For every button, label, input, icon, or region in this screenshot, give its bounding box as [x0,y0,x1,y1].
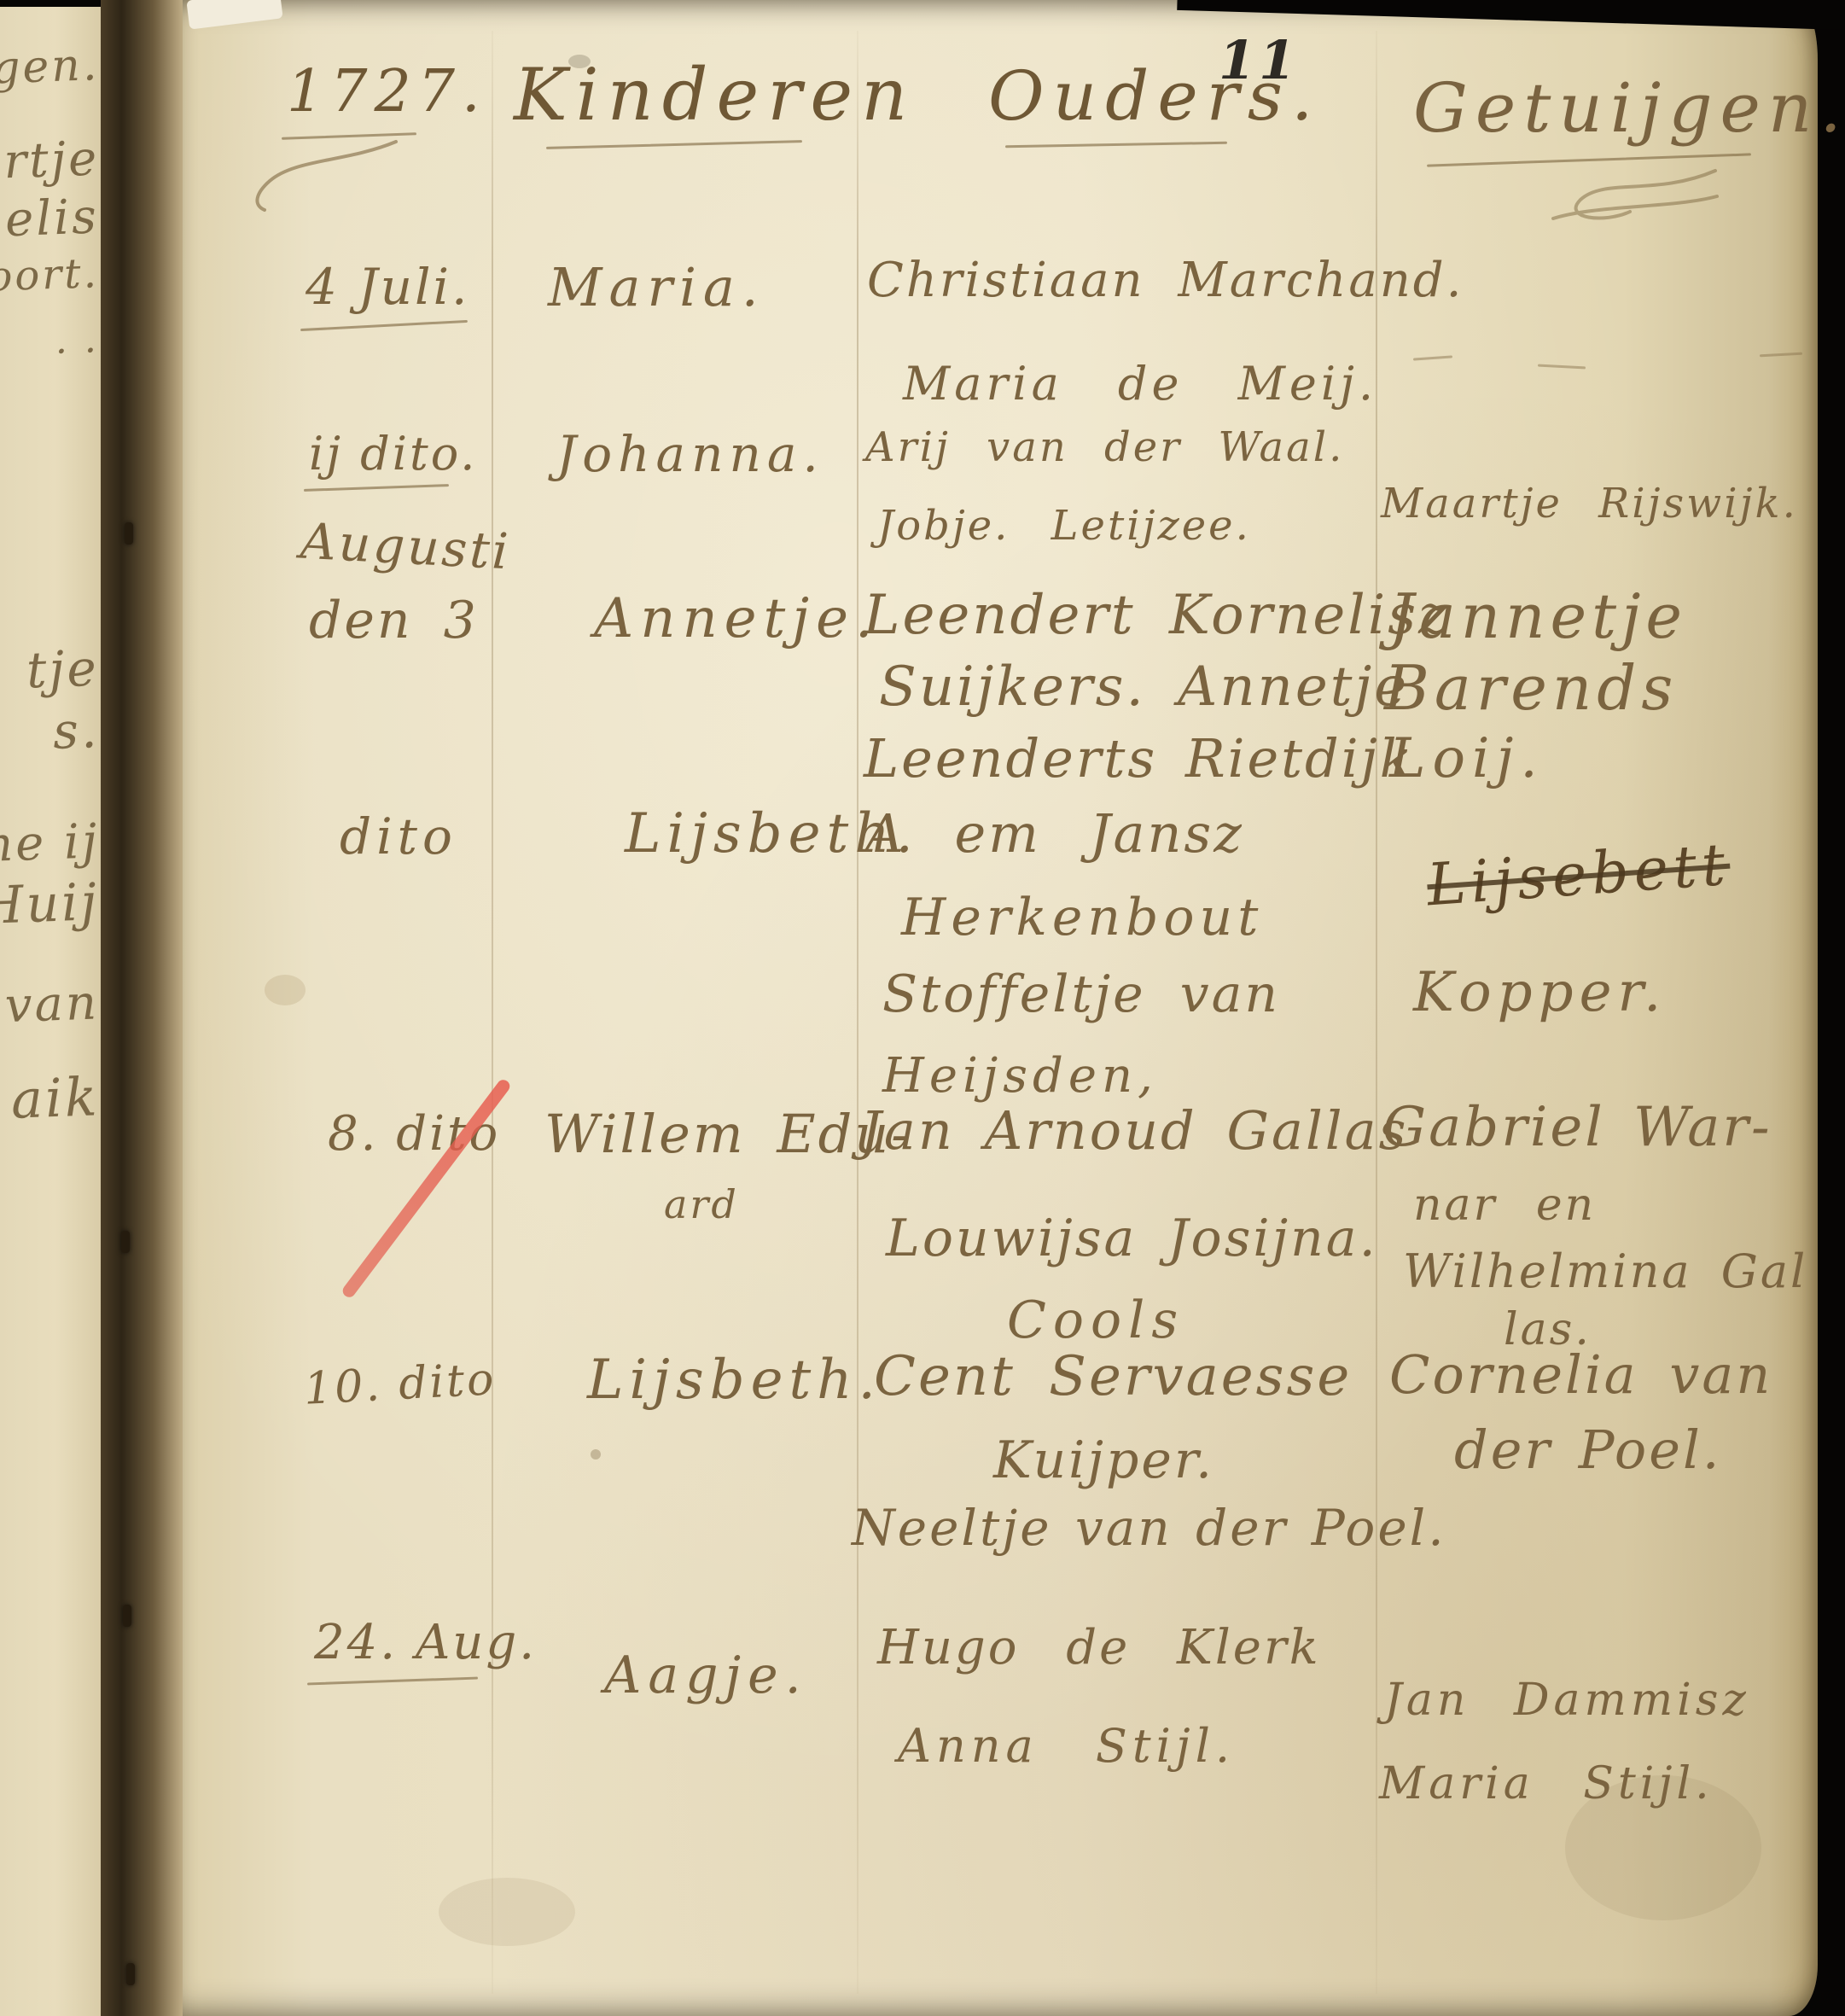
column-heading-kinderen: Kinderen [514,53,916,137]
entry-parent-line: Hugo de Klerk [877,1620,1321,1675]
stain [265,975,306,1005]
entry-parent-line: Anna Stijl. [898,1719,1235,1773]
column-divider [492,31,493,1994]
entry-witness-line: Loij. [1389,727,1545,790]
entry-witness-line: nar en [1413,1180,1596,1231]
entry-parent-line: Kuijper. [993,1430,1214,1490]
stitch-mark [125,522,133,545]
page-fragment: artje [0,131,100,190]
entry-parent-line: Maria de Meij. [903,357,1377,411]
page-fragment: aik [9,1065,100,1131]
stain [439,1878,575,1946]
entry-witness-line: Barends [1384,652,1678,724]
entry-parent-line: Christiaan Marchand. [867,253,1464,308]
entry-date: 10. dito [303,1354,498,1415]
pen-dash [1760,353,1802,358]
entry-child-name: Willem Edu- [544,1103,911,1165]
entry-parent-line: Cent Servaesse [874,1345,1352,1408]
year-heading: 1727. [287,58,487,125]
page-fragment: je Huij [0,872,100,939]
entry-parent-line: Leenderts Rietdijk [864,727,1414,790]
entry-parent-line: Herkenbout [901,888,1263,947]
pen-dash [1538,364,1586,370]
flourish [244,137,406,213]
stitch-mark [123,1605,131,1627]
page-number: 11 [1219,29,1299,91]
entry-witness-line: Jannetje [1389,580,1687,652]
entry-date: dito [340,807,457,865]
entry-parent-line: Leendert Kornelisz [864,584,1450,647]
entry-child-name: Lijsbeth. [587,1349,882,1412]
entry-child-name: Annetje. [594,587,879,650]
entry-parent-line: Stoffeltje van [882,964,1280,1024]
stitch-mark [126,1963,135,1985]
page-fragment: · · [55,329,100,374]
entry-parent-line: Heijsden, [882,1048,1158,1104]
entry-date: den 3 [309,591,479,650]
page-fragment: tuijgen. [0,39,100,97]
entry-witness-line: Cornelia van [1389,1343,1772,1406]
stitch-mark [121,1231,130,1253]
entry-witness-line: Jan Dammisz [1384,1675,1750,1726]
column-divider [1376,31,1377,1994]
entry-parent-line: Suijkers. Annetje [879,655,1409,719]
entry-witness-line: Maria Stijl. [1379,1758,1714,1809]
entry-parent-line: A em Jansz [865,802,1244,865]
column-heading-getuijgen: Getuijgen. [1413,68,1845,148]
stain [591,1449,601,1460]
scanned-baptism-register: tuijgen. artje nelis venoort. · · tje s.… [0,0,1845,2016]
entry-child-name: Maria. [548,256,765,318]
entry-witness-line: der Poel. [1454,1419,1722,1481]
entry-parent-line: Cools [1007,1291,1184,1350]
entry-parent-line: Jobje. Letijzee. [877,502,1251,550]
entry-parent-line: Jan Arnoud Gallas [860,1099,1408,1162]
page-fragment: me ij [0,813,100,873]
entry-witness-line: Maartje Rijswijk. [1381,480,1798,527]
entry-child-name-continuation: ard [664,1181,739,1227]
page-fragment: tje [26,639,100,700]
page-fragment: nelis [0,189,100,248]
page-fragment: s. [52,701,101,760]
previous-page-edge: tuijgen. artje nelis venoort. · · tje s.… [0,7,101,2016]
flourish [1502,162,1724,230]
entry-parent-line: Arij van der Waal. [865,423,1344,471]
entry-child-name: Aagje. [604,1646,808,1705]
entry-witness-line: Kopper. [1413,961,1667,1024]
page-fragment: ts. van [0,975,100,1036]
column-divider [857,31,858,1994]
pen-dash [1413,355,1452,360]
entry-parent-line: Louwijsa Josijna. [886,1209,1378,1268]
entry-child-name: Johanna. [556,425,824,483]
page-fragment: venoort. [0,249,100,304]
entry-witness-line: Gabriel War- [1382,1096,1772,1159]
entry-witness-line: Wilhelmina Gal [1403,1244,1807,1298]
entry-date: 24. Aug. [314,1615,537,1670]
entry-date: ij dito. [309,427,477,481]
month-header: Augusti [299,512,512,581]
entry-parent-line: Neeltje van der Poel. [852,1499,1446,1557]
entry-date: 4 Juli. [306,258,469,316]
